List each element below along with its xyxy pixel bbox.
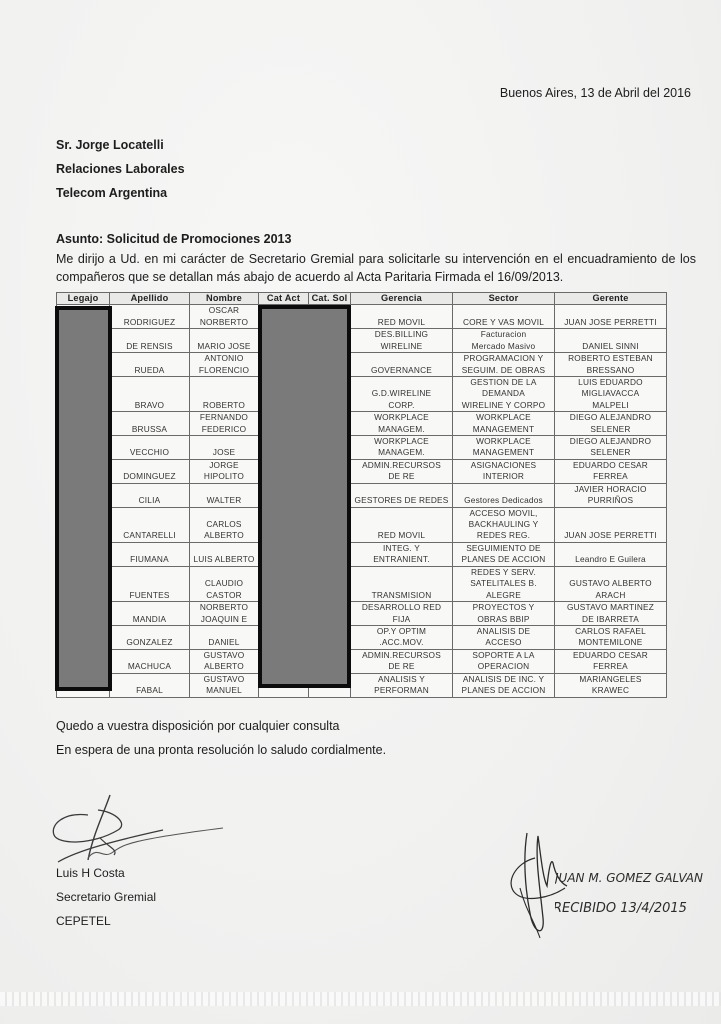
cell-gerencia: WORKPLACE MANAGEM. bbox=[351, 412, 453, 436]
cell-nombre: CARLOS ALBERTO bbox=[190, 507, 259, 542]
sender-role: Secretario Gremial bbox=[56, 890, 156, 904]
cell-sector: ACCESO MOVIL, BACKHAULING Y REDES REG. bbox=[453, 507, 555, 542]
cell-gerencia: DESARROLLO RED FIJA bbox=[351, 601, 453, 625]
cell-apellido: CILIA bbox=[110, 483, 190, 507]
svg-text:JUAN M. GOMEZ GALVAN: JUAN M. GOMEZ GALVAN bbox=[555, 871, 703, 885]
cell-apellido: BRUSSA bbox=[110, 412, 190, 436]
cell-apellido: DE RENSIS bbox=[110, 329, 190, 353]
table-row: DE RENSISMARIO JOSEDES.BILLING WIRELINEF… bbox=[57, 329, 667, 353]
subject-line: Asunto: Solicitud de Promociones 2013 bbox=[56, 232, 291, 246]
cell-gerente: EDUARDO CESAR FERREA bbox=[555, 459, 667, 483]
sender-signature bbox=[48, 790, 238, 870]
cell-nombre: MARIO JOSE bbox=[190, 329, 259, 353]
cell-gerente: JUAN JOSE PERRETTI bbox=[555, 305, 667, 329]
cell-sector: Facturacion Mercado Masivo bbox=[453, 329, 555, 353]
table-row: GONZALEZDANIELOP.Y OPTIM .ACC.MOV.ANALIS… bbox=[57, 625, 667, 649]
cell-nombre: NORBERTO JOAQUIN E bbox=[190, 601, 259, 625]
cell-apellido: RODRIGUEZ bbox=[110, 305, 190, 329]
header-gerente: Gerente bbox=[555, 293, 667, 305]
table-row: FABALGUSTAVO MANUELANALISIS Y PERFORMANA… bbox=[57, 673, 667, 697]
cell-sector: PROGRAMACION Y SEGUIM. DE OBRAS bbox=[453, 353, 555, 377]
header-nombre: Nombre bbox=[190, 293, 259, 305]
redacted-category-block bbox=[258, 305, 351, 688]
cell-nombre: GUSTAVO MANUEL bbox=[190, 673, 259, 697]
cell-apellido: FABAL bbox=[110, 673, 190, 697]
cell-nombre: GUSTAVO ALBERTO bbox=[190, 649, 259, 673]
cell-gerencia: RED MOVIL bbox=[351, 507, 453, 542]
header-legajo: Legajo bbox=[57, 293, 110, 305]
table-row: DOMINGUEZJORGE HIPOLITOADMIN.RECURSOS DE… bbox=[57, 459, 667, 483]
cell-apellido: CANTARELLI bbox=[110, 507, 190, 542]
recipient-company: Telecom Argentina bbox=[56, 186, 167, 200]
cell-gerencia: ADMIN.RECURSOS DE RE bbox=[351, 459, 453, 483]
svg-text:RECIBIDO 13/4/2015: RECIBIDO 13/4/2015 bbox=[555, 901, 687, 916]
cell-sector: ASIGNACIONES INTERIOR bbox=[453, 459, 555, 483]
cell-gerencia: WORKPLACE MANAGEM. bbox=[351, 436, 453, 460]
intro-line-2: compañeros que se detallan más abajo de … bbox=[56, 270, 563, 284]
intro-line-1: Me dirijo a Ud. en mi carácter de Secret… bbox=[56, 250, 696, 268]
date-line: Buenos Aires, 13 de Abril del 2016 bbox=[500, 86, 691, 100]
cell-apellido: DOMINGUEZ bbox=[110, 459, 190, 483]
cell-gerencia: TRANSMISION bbox=[351, 566, 453, 601]
table-row: BRUSSAFERNANDO FEDERICOWORKPLACE MANAGEM… bbox=[57, 412, 667, 436]
cell-nombre: JOSE bbox=[190, 436, 259, 460]
header-cat-act: Cat Act bbox=[259, 293, 309, 305]
cell-gerente: GUSTAVO MARTINEZ DE IBARRETA bbox=[555, 601, 667, 625]
header-gerencia: Gerencia bbox=[351, 293, 453, 305]
cell-gerente: MARIANGELES KRAWEC bbox=[555, 673, 667, 697]
table-header-row: Legajo Apellido Nombre Cat Act Cat. Sol … bbox=[57, 293, 667, 305]
cell-sector: ANALISIS DE ACCESO bbox=[453, 625, 555, 649]
cell-gerencia: GESTORES DE REDES bbox=[351, 483, 453, 507]
cell-nombre: WALTER bbox=[190, 483, 259, 507]
cell-gerente: LUIS EDUARDO MIGLIAVACCA MALPELI bbox=[555, 377, 667, 412]
cell-apellido: MACHUCA bbox=[110, 649, 190, 673]
table-row: FIUMANALUIS ALBERTOINTEG. Y ENTRANIENT.S… bbox=[57, 542, 667, 566]
cell-sector: PROYECTOS Y OBRAS BBIP bbox=[453, 601, 555, 625]
table-row: MACHUCAGUSTAVO ALBERTOADMIN.RECURSOS DE … bbox=[57, 649, 667, 673]
intro-paragraph: Me dirijo a Ud. en mi carácter de Secret… bbox=[56, 250, 696, 286]
cell-gerente: ROBERTO ESTEBAN BRESSANO bbox=[555, 353, 667, 377]
table-row: FUENTESCLAUDIO CASTORTRANSMISIONREDES Y … bbox=[57, 566, 667, 601]
cell-nombre: ROBERTO bbox=[190, 377, 259, 412]
cell-gerente: DIEGO ALEJANDRO SELENER bbox=[555, 436, 667, 460]
table-row: BRAVOROBERTOG.D.WIRELINE CORP.GESTION DE… bbox=[57, 377, 667, 412]
promotions-table: Legajo Apellido Nombre Cat Act Cat. Sol … bbox=[56, 292, 666, 698]
cell-gerente: DANIEL SINNI bbox=[555, 329, 667, 353]
cell-gerente: JAVIER HORACIO PURRIÑOS bbox=[555, 483, 667, 507]
cell-apellido: RUEDA bbox=[110, 353, 190, 377]
cell-sector: CORE Y VAS MOVIL bbox=[453, 305, 555, 329]
cell-gerencia: G.D.WIRELINE CORP. bbox=[351, 377, 453, 412]
cell-apellido: FIUMANA bbox=[110, 542, 190, 566]
scanned-letter-page: Buenos Aires, 13 de Abril del 2016 Sr. J… bbox=[0, 0, 721, 1024]
cell-nombre: OSCAR NORBERTO bbox=[190, 305, 259, 329]
cell-nombre: LUIS ALBERTO bbox=[190, 542, 259, 566]
cell-gerente: EDUARDO CESAR FERREA bbox=[555, 649, 667, 673]
cell-gerente: Leandro E Guilera bbox=[555, 542, 667, 566]
cell-gerente: GUSTAVO ALBERTO ARACH bbox=[555, 566, 667, 601]
cell-apellido: VECCHIO bbox=[110, 436, 190, 460]
table-row: VECCHIOJOSEWORKPLACE MANAGEM.WORKPLACE M… bbox=[57, 436, 667, 460]
scan-artifact-strip bbox=[0, 992, 721, 1006]
table-row: RUEDAANTONIO FLORENCIOGOVERNANCEPROGRAMA… bbox=[57, 353, 667, 377]
cell-gerente: CARLOS RAFAEL MONTEMILONE bbox=[555, 625, 667, 649]
header-sector: Sector bbox=[453, 293, 555, 305]
header-cat-sol: Cat. Sol bbox=[309, 293, 351, 305]
cell-nombre: JORGE HIPOLITO bbox=[190, 459, 259, 483]
table-row: MANDIANORBERTO JOAQUIN EDESARROLLO RED F… bbox=[57, 601, 667, 625]
table-body: RODRIGUEZOSCAR NORBERTORED MOVILCORE Y V… bbox=[57, 305, 667, 698]
cell-gerencia: RED MOVIL bbox=[351, 305, 453, 329]
cell-nombre: FERNANDO FEDERICO bbox=[190, 412, 259, 436]
cell-gerencia: GOVERNANCE bbox=[351, 353, 453, 377]
table-row: CILIAWALTERGESTORES DE REDESGestores Ded… bbox=[57, 483, 667, 507]
header-apellido: Apellido bbox=[110, 293, 190, 305]
cell-apellido: BRAVO bbox=[110, 377, 190, 412]
cell-sector: Gestores Dedicados bbox=[453, 483, 555, 507]
cell-apellido: MANDIA bbox=[110, 601, 190, 625]
sender-organization: CEPETEL bbox=[56, 914, 111, 928]
cell-gerencia: ADMIN.RECURSOS DE RE bbox=[351, 649, 453, 673]
cell-gerencia: OP.Y OPTIM .ACC.MOV. bbox=[351, 625, 453, 649]
cell-nombre: ANTONIO FLORENCIO bbox=[190, 353, 259, 377]
cell-sector: SEGUIMIENTO DE PLANES DE ACCION bbox=[453, 542, 555, 566]
table-row: CANTARELLICARLOS ALBERTORED MOVILACCESO … bbox=[57, 507, 667, 542]
cell-gerente: JUAN JOSE PERRETTI bbox=[555, 507, 667, 542]
cell-apellido: FUENTES bbox=[110, 566, 190, 601]
closing-line-1: Quedo a vuestra disposición por cualquie… bbox=[56, 719, 340, 733]
cell-sector: WORKPLACE MANAGEMENT bbox=[453, 412, 555, 436]
cell-nombre: CLAUDIO CASTOR bbox=[190, 566, 259, 601]
cell-gerencia: ANALISIS Y PERFORMAN bbox=[351, 673, 453, 697]
cell-sector: GESTION DE LA DEMANDA WIRELINE Y CORPO bbox=[453, 377, 555, 412]
cell-nombre: DANIEL bbox=[190, 625, 259, 649]
cell-gerente: DIEGO ALEJANDRO SELENER bbox=[555, 412, 667, 436]
cell-gerencia: DES.BILLING WIRELINE bbox=[351, 329, 453, 353]
table-row: RODRIGUEZOSCAR NORBERTORED MOVILCORE Y V… bbox=[57, 305, 667, 329]
recipient-department: Relaciones Laborales bbox=[56, 162, 185, 176]
cell-sector: ANALISIS DE INC. Y PLANES DE ACCION bbox=[453, 673, 555, 697]
cell-sector: REDES Y SERV. SATELITALES B. ALEGRE bbox=[453, 566, 555, 601]
cell-gerencia: INTEG. Y ENTRANIENT. bbox=[351, 542, 453, 566]
cell-sector: SOPORTE A LA OPERACION bbox=[453, 649, 555, 673]
sender-name: Luis H Costa bbox=[56, 866, 125, 880]
redacted-legajo-block bbox=[55, 306, 112, 691]
recipient-name: Sr. Jorge Locatelli bbox=[56, 138, 164, 152]
cell-sector: WORKPLACE MANAGEMENT bbox=[453, 436, 555, 460]
closing-line-2: En espera de una pronta resolución lo sa… bbox=[56, 743, 386, 757]
receipt-handwriting: JUAN M. GOMEZ GALVAN RECIBIDO 13/4/2015 bbox=[555, 860, 721, 940]
cell-apellido: GONZALEZ bbox=[110, 625, 190, 649]
